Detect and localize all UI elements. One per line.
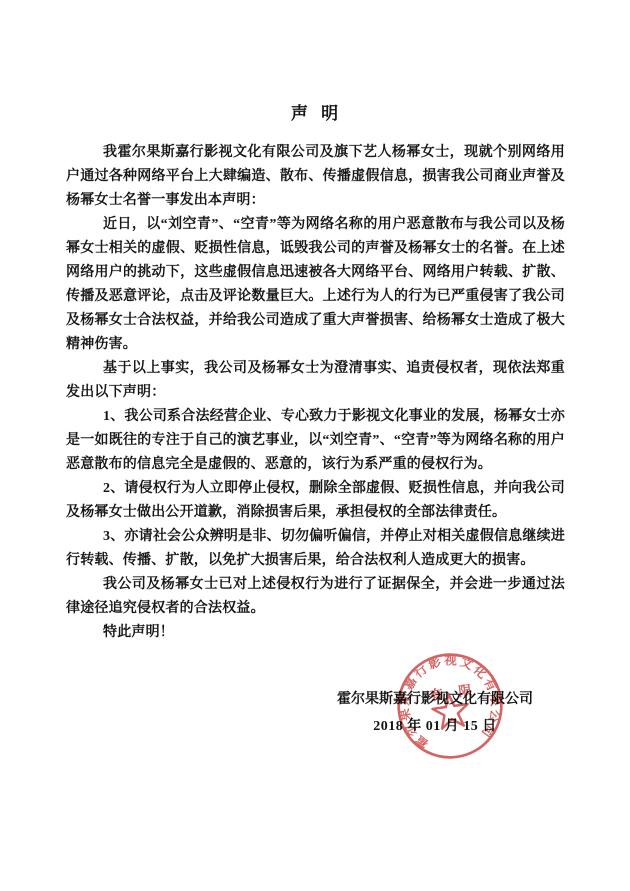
signature-company-name: 霍尔果斯嘉行影视文化有限公司 <box>337 690 533 709</box>
statement-closing: 特此声明！ <box>66 621 565 645</box>
statement-document-page: 声 明 我霍尔果斯嘉行影视文化有限公司及旗下艺人杨幂女士，现就个别网络用户通过各… <box>0 0 630 891</box>
document-title: 声 明 <box>0 0 630 124</box>
statement-paragraph-intro: 我霍尔果斯嘉行影视文化有限公司及旗下艺人杨幂女士，现就个别网络用户通过各种网络平… <box>66 141 565 213</box>
statement-paragraph-basis: 基于以上事实，我公司及杨幂女士为澄清事实、追责侵权者，现依法郑重发出以下声明： <box>66 357 565 405</box>
statement-item-2: 2、请侵权行为人立即停止侵权，删除全部虚假、贬损性信息，并向我公司及杨幂女士做出… <box>66 477 565 525</box>
document-body: 我霍尔果斯嘉行影视文化有限公司及旗下艺人杨幂女士，现就个别网络用户通过各种网络平… <box>66 141 565 645</box>
statement-paragraph-evidence: 我公司及杨幂女士已对上述侵权行为进行了证据保全，并会进一步通过法律途径追究侵权者… <box>66 573 565 621</box>
statement-item-3: 3、亦请社会公众辨明是非、切勿偏听偏信，并停止对相关虚假信息继续进行转载、传播、… <box>66 525 565 573</box>
signature-date: 2018 年 01 月 15 日 <box>337 717 533 736</box>
signature-block: 霍尔果斯嘉行影视文化有限公司 2018 年 01 月 15 日 <box>337 690 533 736</box>
statement-item-1: 1、我公司系合法经营企业、专心致力于影视文化事业的发展，杨幂女士亦是一如既往的专… <box>66 405 565 477</box>
statement-paragraph-facts: 近日，以“刘空青”、“空青”等为网络名称的用户恶意散布与我公司以及杨幂女士相关的… <box>66 213 565 357</box>
